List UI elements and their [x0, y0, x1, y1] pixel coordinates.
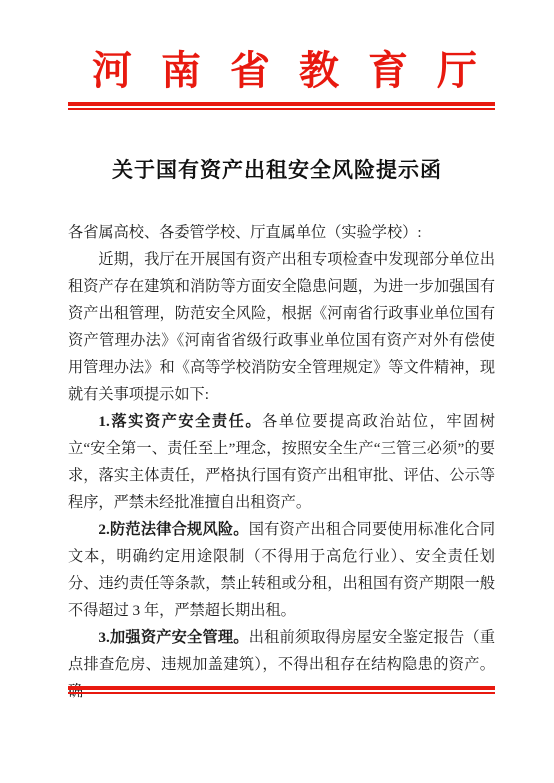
item-heading: 3.加强资产安全管理。 [98, 629, 248, 646]
org-name: 河南省教育厅 [0, 46, 554, 96]
document-body: 各省属高校、各委管学校、厅直属单位（实验学校）: 近期，我厅在开展国有资产出租专… [68, 219, 495, 705]
paragraph: 2.防范法律合规风险。国有资产出租合同要使用标准化合同文本，明确约定用途限制（不… [68, 516, 495, 624]
item-heading: 1.落实资产安全责任。 [98, 413, 262, 430]
salutation: 各省属高校、各委管学校、厅直属单位（实验学校）: [68, 219, 495, 246]
footer-divider-line [68, 686, 495, 694]
paragraph-list: 近期，我厅在开展国有资产出租专项检查中发现部分单位出租资产存在建筑和消防等方面安… [68, 246, 495, 705]
body-run: 近期，我厅在开展国有资产出租专项检查中发现部分单位出租资产存在建筑和消防等方面安… [68, 251, 495, 403]
paragraph: 1.落实资产安全责任。各单位要提高政治站位，牢固树立“安全第一、责任至上”理念，… [68, 408, 495, 516]
document-page: 河南省教育厅 关于国有资产出租安全风险提示函 各省属高校、各委管学校、厅直属单位… [0, 0, 554, 783]
paragraph: 近期，我厅在开展国有资产出租专项检查中发现部分单位出租资产存在建筑和消防等方面安… [68, 246, 495, 408]
document-title: 关于国有资产出租安全风险提示函 [0, 155, 554, 185]
header-divider-line [68, 102, 495, 110]
item-heading: 2.防范法律合规风险。 [98, 521, 248, 538]
